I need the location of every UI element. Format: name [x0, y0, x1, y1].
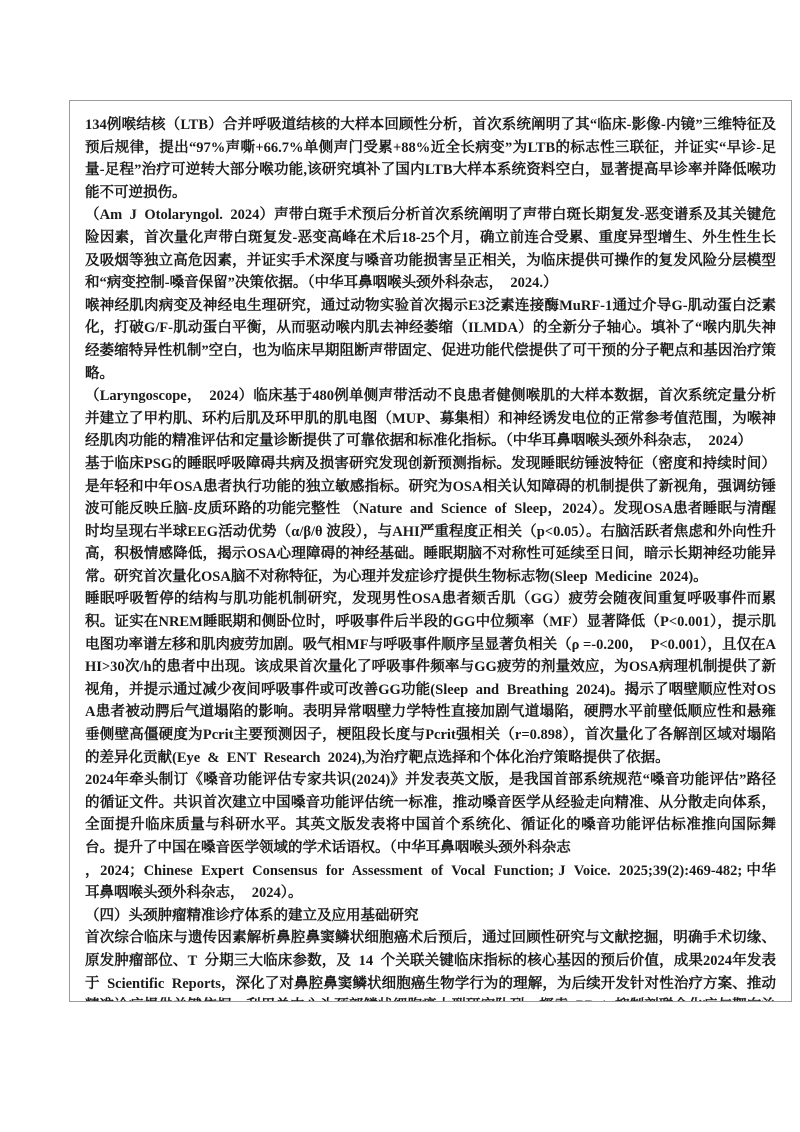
text-frame: 134例喉结核（LTB）合并呼吸道结核的大样本回顾性分析，首次系统阐明了其“临床… — [69, 100, 792, 1002]
heading-section-four: （四）头颈肿瘤精准诊疗体系的建立及应用基础研究 — [85, 905, 776, 928]
paragraph-head-neck-tumor: 首次综合临床与遗传因素解析鼻腔鼻窦鳞状细胞癌术后预后，通过回顾性研究与文献挖掘，… — [85, 927, 776, 1002]
paragraph-ltb-study: 134例喉结核（LTB）合并呼吸道结核的大样本回顾性分析，首次系统阐明了其“临床… — [85, 114, 776, 204]
paragraph-laryngeal-neuromuscular: 喉神经肌肉病变及神经电生理研究，通过动物实验首次揭示E3泛素连接酶MuRF-1通… — [85, 295, 776, 385]
paragraph-vocal-leukoplakia: （Am J Otolaryngol. 2024）声带白斑手术预后分析首次系统阐明… — [85, 204, 776, 294]
document-page: 134例喉结核（LTB）合并呼吸道结核的大样本回顾性分析，首次系统阐明了其“临床… — [0, 0, 800, 1132]
paragraph-consensus-citation: ，2024；Chinese Expert Consensus for Asses… — [85, 860, 776, 905]
paragraph-emg-reference-values: （Laryngoscope， 2024）临床基于480例单侧声带活动不良患者健侧… — [85, 385, 776, 453]
paragraph-psg-sleep-spindle: 基于临床PSG的睡眠呼吸障碍共病及损害研究发现创新预测指标。发现睡眠纺锤波特征（… — [85, 453, 776, 589]
paragraph-osa-muscle-mechanism: 睡眠呼吸暂停的结构与肌功能机制研究，发现男性OSA患者颏舌肌（GG）疲劳会随夜间… — [85, 588, 776, 769]
paragraph-voice-consensus: 2024年牵头制订《嗓音功能评估专家共识(2024)》并发表英文版，是我国首部系… — [85, 769, 776, 859]
